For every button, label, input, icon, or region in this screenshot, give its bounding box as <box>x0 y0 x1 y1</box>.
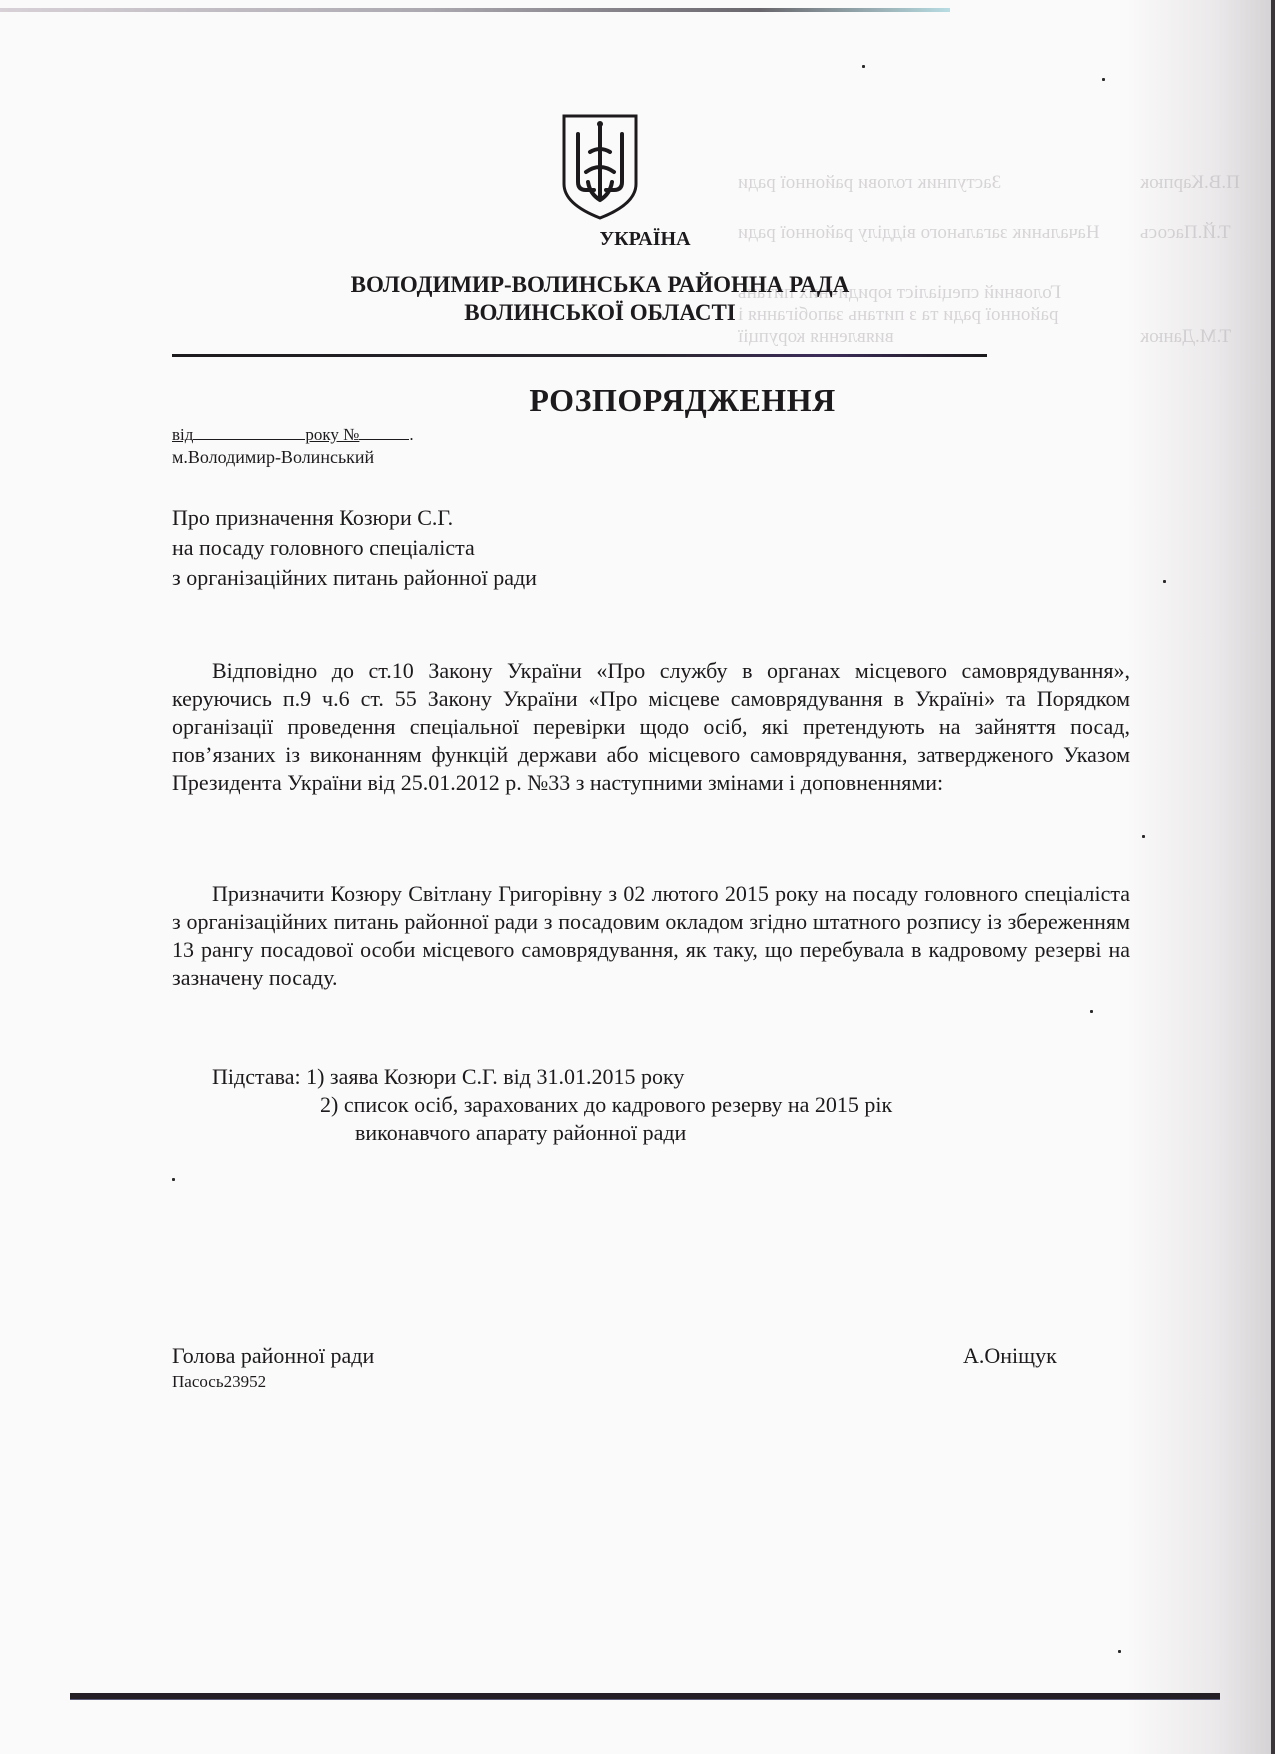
preamble-paragraph: Відповідно до ст.10 Закону України «Про … <box>172 657 1130 797</box>
scan-speck <box>1118 1650 1121 1653</box>
date-prefix: від <box>172 425 193 444</box>
bleed-through-line: виявлення корупції <box>738 326 894 348</box>
scan-edge-right <box>1271 0 1275 1754</box>
order-paragraph: Призначити Козюру Світлану Григорівну з … <box>172 880 1130 992</box>
scan-speck <box>1090 1010 1093 1013</box>
subject-block: Про призначення Козюри С.Г. на посаду го… <box>172 503 537 593</box>
scan-speck <box>172 1178 175 1181</box>
basis-item-2: 2) список осіб, зарахованих до кадрового… <box>212 1091 892 1119</box>
signature-block: Голова районної ради Пасось23952 <box>172 1343 374 1395</box>
header-divider <box>172 354 987 357</box>
document-title: РОЗПОРЯДЖЕННЯ <box>0 382 1275 419</box>
date-suffix: . <box>409 425 413 444</box>
date-middle: року № <box>305 425 359 444</box>
bleed-through-line: Т.М.Данюк <box>1140 326 1231 348</box>
scan-shadow-right <box>1125 0 1275 1754</box>
bleed-through-line: Т.Й.Пасось <box>1140 222 1231 244</box>
signatory-position: Голова районної ради <box>172 1343 374 1369</box>
basis-block: Підстава: 1) заява Козюри С.Г. від 31.01… <box>212 1063 892 1147</box>
basis-item-2-continuation: виконавчого апарату районної ради <box>212 1119 892 1147</box>
basis-label: Підстава: <box>212 1064 301 1089</box>
signatory-name: А.Оніщук <box>963 1343 1057 1369</box>
executor-note: Пасось23952 <box>172 1369 374 1395</box>
council-name: ВОЛОДИМИР-ВОЛИНСЬКА РАЙОННА РАДА <box>100 272 1100 298</box>
city: м.Володимир-Волинський <box>172 447 374 468</box>
scan-edge-top <box>0 8 950 12</box>
subject-line: на посаду головного спеціаліста <box>172 533 537 563</box>
scan-edge-bottom <box>70 1693 1220 1699</box>
scan-speck <box>1142 835 1145 838</box>
subject-line: з організаційних питань районної ради <box>172 563 537 593</box>
bleed-through-line: П.В.Карпюк <box>1140 172 1240 194</box>
scan-speck <box>1163 580 1166 583</box>
date-blank <box>193 425 305 440</box>
date-number-line: відроку №. <box>172 425 414 445</box>
coat-of-arms-of-ukraine-icon <box>560 112 640 222</box>
scan-speck <box>862 65 865 68</box>
number-blank <box>359 425 409 440</box>
basis-item-1: 1) заява Козюри С.Г. від 31.01.2015 року <box>306 1064 684 1089</box>
council-region: ВОЛИНСЬКОЇ ОБЛАСТІ <box>100 300 1100 326</box>
bleed-through-line: Заступник голови районної ради <box>738 172 1001 194</box>
subject-line: Про призначення Козюри С.Г. <box>172 503 537 533</box>
country-name: УКРАЇНА <box>160 228 1130 251</box>
scan-speck <box>1102 78 1105 81</box>
